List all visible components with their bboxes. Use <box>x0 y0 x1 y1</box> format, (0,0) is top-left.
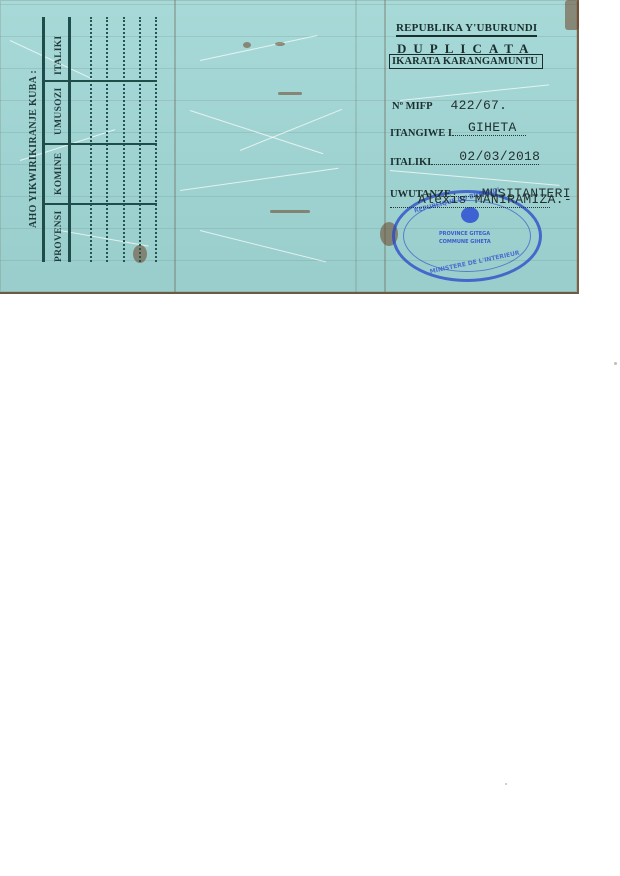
field-issued-at-value: GIHETA <box>468 120 517 135</box>
field-date: ITALIKI02/03/2018 <box>390 157 539 168</box>
card-title: IKARATA KARANGAMUNTU <box>389 54 543 69</box>
fold-line <box>384 0 386 292</box>
field-official-name: Alexis MANIRAMIZA.- <box>418 192 572 207</box>
field-issued-at: ITANGIWE IGIHETA <box>390 128 526 139</box>
column-header-komine: KOMINE <box>54 153 64 195</box>
fold-line <box>355 0 357 292</box>
republic-heading: REPUBLIKA Y'UBURUNDI <box>396 22 537 37</box>
column-header-italiki: ITALIKI <box>54 36 64 75</box>
residence-history-table: AHO YIKWIRIKIRANJE KUBA : PROVENSI KOMIN… <box>0 0 175 292</box>
field-issued-at-label: ITANGIWE I <box>390 128 452 139</box>
scan-speck <box>505 783 507 785</box>
table-row-line <box>106 17 108 262</box>
table-border <box>42 17 45 262</box>
table-divider <box>42 80 157 82</box>
crumple-mark <box>240 109 342 151</box>
column-header-provensi: PROVENSI <box>54 211 64 263</box>
identity-card-scan: AHO YIKWIRIKIRANJE KUBA : PROVENSI KOMIN… <box>0 0 579 294</box>
table-row-line <box>90 17 92 262</box>
scan-speck <box>614 362 617 365</box>
field-number: Nº MIFP 422/67. <box>392 98 507 113</box>
stamp-line-1: PROVINCE GITEGA <box>439 231 490 237</box>
crumple-mark <box>200 230 326 262</box>
crumple-mark <box>190 110 323 154</box>
crumple-mark <box>200 35 318 61</box>
stain <box>275 42 285 46</box>
crumple-mark <box>180 168 339 191</box>
stain <box>243 42 251 48</box>
crumple-mark <box>390 170 559 186</box>
table-divider <box>42 203 157 205</box>
table-row-line <box>123 17 125 262</box>
table-divider <box>42 143 157 145</box>
stamp-line-2: COMMUNE GIHETA <box>439 239 491 245</box>
table-title: AHO YIKWIRIKIRANJE KUBA : <box>28 70 39 228</box>
field-number-value: 422/67. <box>451 98 508 113</box>
table-border <box>68 17 71 262</box>
field-date-value: 02/03/2018 <box>459 149 540 164</box>
table-row-line <box>139 17 141 262</box>
column-header-umusozi: UMUSOZI <box>54 88 64 136</box>
stain <box>270 210 310 213</box>
field-number-label: Nº MIFP <box>392 101 432 112</box>
stain <box>565 0 579 30</box>
table-row-line <box>155 17 157 262</box>
stain <box>278 92 302 95</box>
field-date-label: ITALIKI <box>390 157 431 168</box>
field-official-name-row: Alexis MANIRAMIZA.- <box>390 200 550 211</box>
